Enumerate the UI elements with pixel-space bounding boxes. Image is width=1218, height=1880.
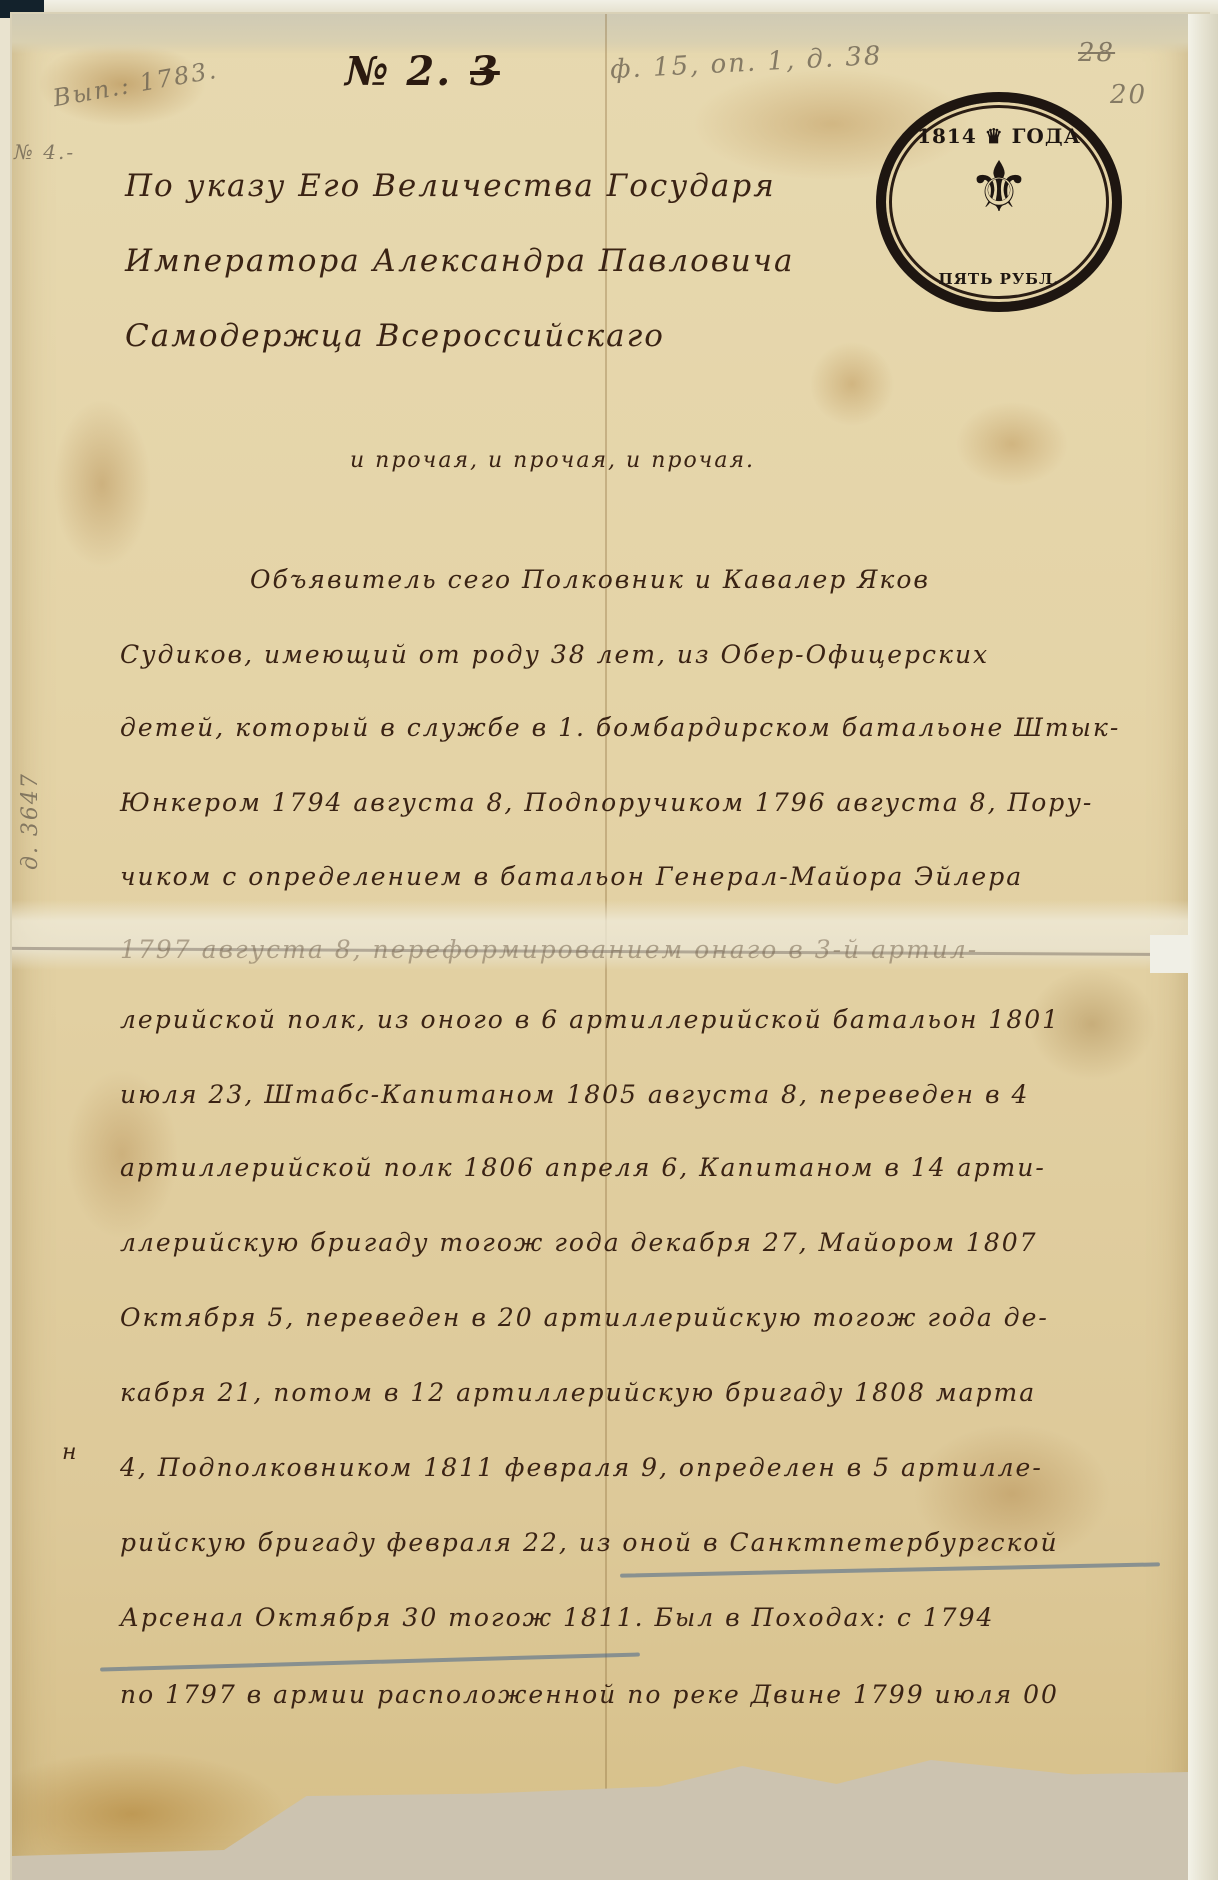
body-line-15: Арсенал Октября 30 тогож 1811. Был в Пох… — [120, 1603, 994, 1632]
heading-line-3: Самодержца Всероссийскаго — [125, 318, 665, 354]
stamp-seal: 1814 ♛ ГОДА ⚜ ПЯТЬ РУБЛ. — [876, 92, 1122, 312]
document-number-struck: 3 — [470, 48, 500, 95]
body-line-12: кабря 21, потом в 12 артиллерийскую бриг… — [120, 1378, 1036, 1407]
stamp-year: 1814 ♛ ГОДА — [886, 124, 1112, 148]
double-headed-eagle-icon: ⚜ — [886, 152, 1112, 222]
sheet-number: 20 — [1110, 80, 1147, 110]
body-line-16: по 1797 в армии расположенной по реке Дв… — [120, 1680, 1059, 1709]
heading-line-4: и прочая, и прочая, и прочая. — [350, 448, 755, 473]
body-line-7: лерийской полк, из оного в 6 артиллерийс… — [120, 1005, 1060, 1034]
left-margin-mark: н — [62, 1440, 79, 1465]
body-line-9: артиллерийской полк 1806 апреля 6, Капит… — [120, 1153, 1046, 1182]
sheet-number-struck: 28 — [1078, 38, 1115, 68]
body-line-11: Октября 5, переведен в 20 артиллерийскую… — [120, 1303, 1049, 1332]
archive-mark-left-margin: № 4.- — [14, 140, 75, 164]
body-line-4: Юнкером 1794 августа 8, Подпоручиком 179… — [120, 788, 1093, 817]
right-page-edge — [1188, 14, 1218, 1880]
body-line-2: Судиков, имеющий от роду 38 лет, из Обер… — [120, 640, 989, 669]
body-line-5: чиком с определением в батальон Генерал-… — [120, 862, 1023, 891]
body-line-13: 4, Подполковником 1811 февраля 9, опреде… — [120, 1453, 1043, 1482]
document-number: № 2. — [345, 48, 452, 95]
body-line-8: июля 23, Штабс-Капитаном 1805 августа 8,… — [120, 1080, 1029, 1109]
paper-top-strip — [12, 14, 1190, 54]
body-line-3: детей, который в службе в 1. бомбардирск… — [120, 713, 1120, 742]
vertical-margin-mark: д. 3647 — [18, 772, 43, 870]
body-line-14: рийскую бригаду февраля 22, из оной в Са… — [120, 1528, 1059, 1557]
stamp-value: ПЯТЬ РУБЛ. — [886, 270, 1112, 288]
body-line-10: ллерийскую бригаду тогож года декабря 27… — [120, 1228, 1038, 1257]
body-line-1: Объявитель сего Полковник и Кавалер Яков — [250, 565, 930, 594]
body-line-6: 1797 августа 8, переформированием онаго … — [120, 935, 978, 964]
right-paper-patch — [1150, 935, 1190, 973]
heading-line-2: Императора Александра Павловича — [125, 243, 795, 279]
heading-line-1: По указу Его Величества Государя — [125, 168, 776, 204]
